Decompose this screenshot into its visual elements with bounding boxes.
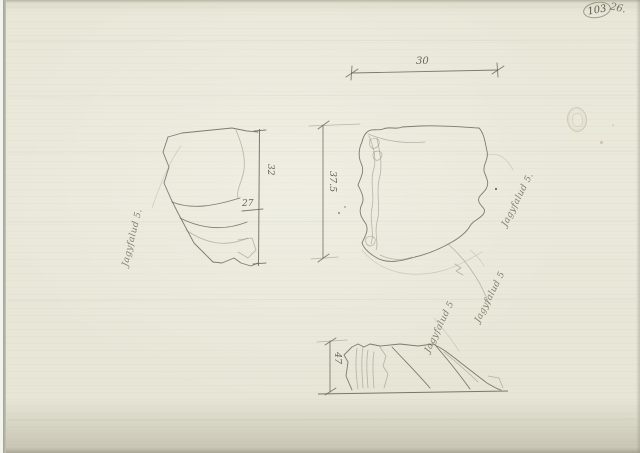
paper-edge-left bbox=[3, 0, 6, 453]
paper-edge-bottom bbox=[0, 448, 640, 453]
archive-number: 103 bbox=[587, 3, 608, 17]
scanned-sketch-sheet: 103 26. 30 32 27 37.5 47 Jagyfalud 5. Ja… bbox=[0, 0, 640, 453]
paper-texture-lines bbox=[8, 40, 636, 420]
paper-edge-top bbox=[0, 0, 640, 3]
foxing-spot bbox=[600, 141, 603, 144]
dimension-left-lower-label: 27 bbox=[242, 199, 253, 209]
foxing-spot bbox=[612, 124, 614, 126]
bottom-fragment-drawing bbox=[317, 318, 508, 395]
paper-edge-right bbox=[636, 0, 640, 453]
dimension-middle-height-label: 37.5 bbox=[327, 171, 337, 192]
dimension-bottom-height-label: 47 bbox=[332, 352, 342, 364]
middle-fragment-drawing bbox=[309, 121, 513, 304]
dimension-left-upper-label: 32 bbox=[265, 164, 275, 175]
dimension-top-width-label: 30 bbox=[416, 57, 429, 67]
pencil-drawing-layer bbox=[0, 0, 640, 453]
left-fragment-drawing bbox=[152, 128, 266, 266]
